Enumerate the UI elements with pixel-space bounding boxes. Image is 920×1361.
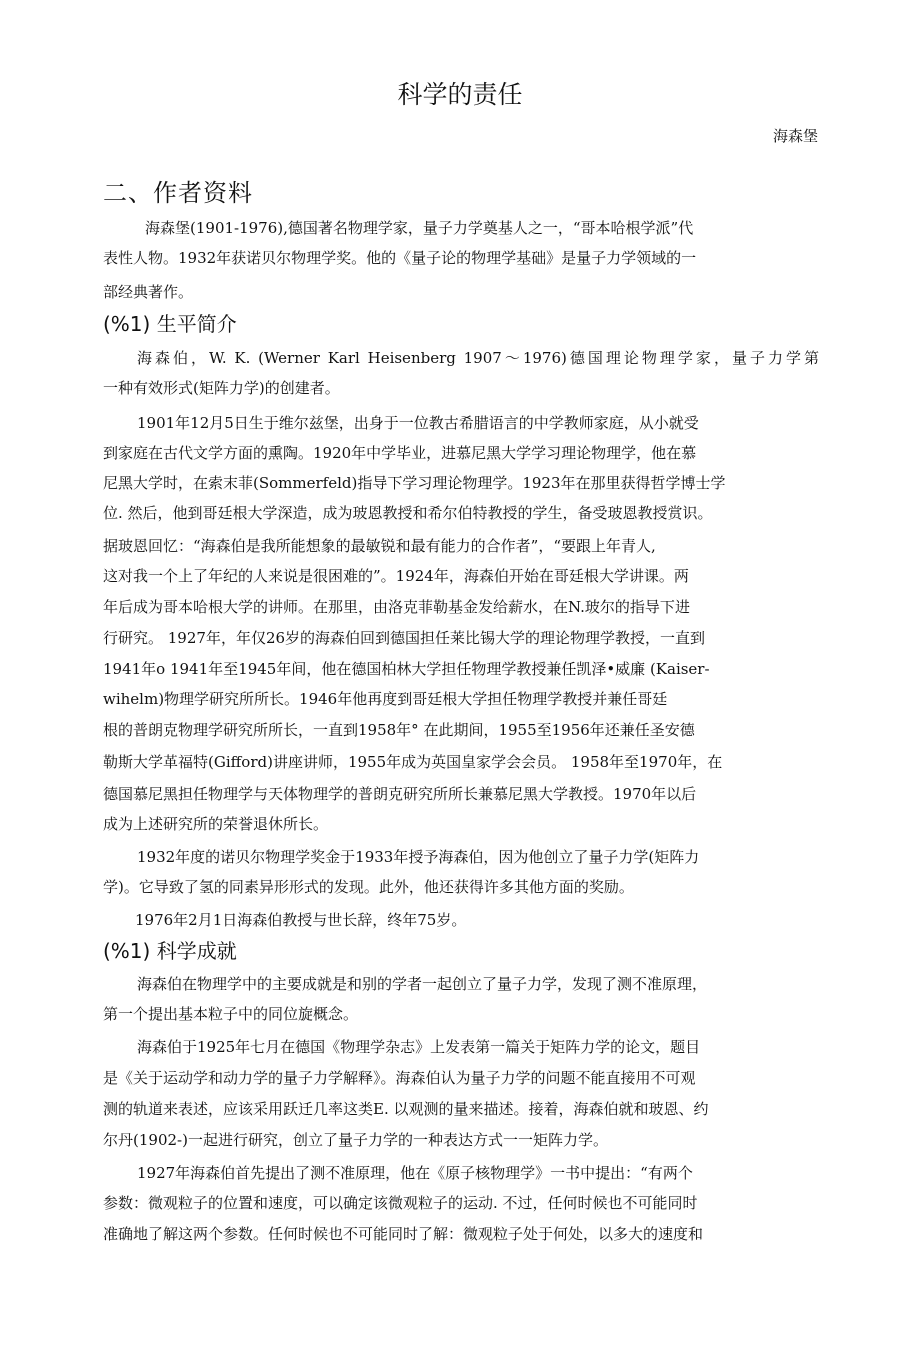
paragraph-line: 海森伯于1925年七月在德国《物理学杂志》上发表第一篇关于矩阵力学的论文，题目	[137, 1037, 700, 1057]
paragraph-line: wihelm)物理学研究所所长。1946年他再度到哥廷根大学担任物理学教授并兼任…	[103, 689, 667, 709]
paragraph-line: 参数：微观粒子的位置和速度，可以确定该微观粒子的运动. 不过，任何时候也不可能同…	[103, 1193, 698, 1213]
paragraph-line: 尔丹(1902-)一起进行研究，创立了量子力学的一种表达方式一一矩阵力学。	[103, 1130, 608, 1150]
paragraph-line: 年后成为哥本哈根大学的讲师。在那里，由洛克菲勒基金发给薪水，在N.玻尔的指导下进	[103, 597, 690, 617]
intro-line: 表性人物。1932年获诺贝尔物理学奖。他的《量子论的物理学基础》是量子力学领域的…	[103, 248, 696, 268]
subsection-heading-biography: (%1) 生平简介	[103, 310, 237, 338]
paragraph-line: 据玻恩回忆：“海森伯是我所能想象的最敏锐和最有能力的合作者”，“要跟上年青人,	[103, 536, 656, 556]
paragraph-line: 准确地了解这两个参数。任何时候也不可能同时了解：微观粒子处于何处，以多大的速度和	[103, 1224, 703, 1244]
paragraph-line: 1932年度的诺贝尔物理学奖金于1933年授予海森伯，因为他创立了量子力学(矩阵…	[137, 847, 699, 867]
subsection-heading-achievements: (%1) 科学成就	[103, 937, 237, 965]
paragraph-line: 勒斯大学革福特(Gifford)讲座讲师，1955年成为英国皇家学会会员。 19…	[103, 752, 722, 772]
paragraph-line: 根的普朗克物理学研究所所长，一直到1958年° 在此期间，1955至1956年还…	[103, 720, 695, 740]
paragraph-line: 到家庭在古代文学方面的熏陶。1920年中学毕业，进慕尼黑大学学习理论物理学，他在…	[103, 443, 696, 463]
paragraph-line: 成为上述研究所的荣誉退休所长。	[103, 814, 328, 834]
paragraph-line: 1976年2月1日海森伯教授与世长辞，终年75岁。	[135, 910, 466, 930]
document-page: 科学的责任 海森堡 二、作者资料 海森堡(1901-1976),德国著名物理学家…	[0, 0, 920, 1361]
intro-line: 部经典著作。	[103, 282, 193, 302]
paragraph-line: 是《关于运动学和动力学的量子力学解释》。海森伯认为量子力学的问题不能直接用不可观	[103, 1068, 696, 1088]
paragraph-line: 1901年12月5日生于维尔兹堡，出身于一位教古希腊语言的中学教师家庭，从小就受	[137, 413, 699, 433]
paragraph-line: 位. 然后，他到哥廷根大学深造，成为玻恩教授和希尔伯特教授的学生，备受玻恩教授赏…	[103, 503, 713, 523]
paragraph-line: 行研究。 1927年，年仅26岁的海森伯回到德国担任莱比锡大学的理论物理学教授，…	[103, 628, 705, 648]
document-title: 科学的责任	[0, 78, 920, 112]
author-name: 海森堡	[773, 126, 818, 146]
paragraph-line: 测的轨道来表述，应该采用跃迁几率这类E. 以观测的量来描述。接着，海森伯就和玻恩…	[103, 1099, 709, 1119]
paragraph-line: 一种有效形式(矩阵力学)的创建者。	[103, 378, 340, 398]
paragraph-line: 第一个提出基本粒子中的同位旋概念。	[103, 1004, 358, 1024]
paragraph-line: 德国慕尼黑担任物理学与天体物理学的普朗克研究所所长兼慕尼黑大学教授。1970年以…	[103, 784, 696, 804]
intro-line: 海森堡(1901-1976),德国著名物理学家，量子力学奠基人之一，“哥本哈根学…	[145, 218, 693, 238]
paragraph-line: 海森伯，W. K. (Werner Karl Heisenberg 1907〜1…	[137, 348, 819, 368]
paragraph-line: 海森伯在物理学中的主要成就是和别的学者一起创立了量子力学，发现了测不准原理，	[137, 974, 707, 994]
paragraph-line: 这对我一个上了年纪的人来说是很困难的”。1924年，海森伯开始在哥廷根大学讲课。…	[103, 566, 689, 586]
paragraph-line: 1941年o 1941年至1945年间，他在德国柏林大学担任物理学教授兼任凯泽•…	[103, 659, 710, 679]
paragraph-line: 尼黑大学时，在索末菲(Sommerfeld)指导下学习理论物理学。1923年在那…	[103, 473, 726, 493]
section-heading: 二、作者资料	[103, 176, 253, 210]
paragraph-line: 1927年海森伯首先提出了测不准原理，他在《原子核物理学》一书中提出：“有两个	[137, 1163, 693, 1183]
paragraph-line: 学)。它导致了氢的同素异形形式的发现。此外，他还获得许多其他方面的奖励。	[103, 877, 634, 897]
